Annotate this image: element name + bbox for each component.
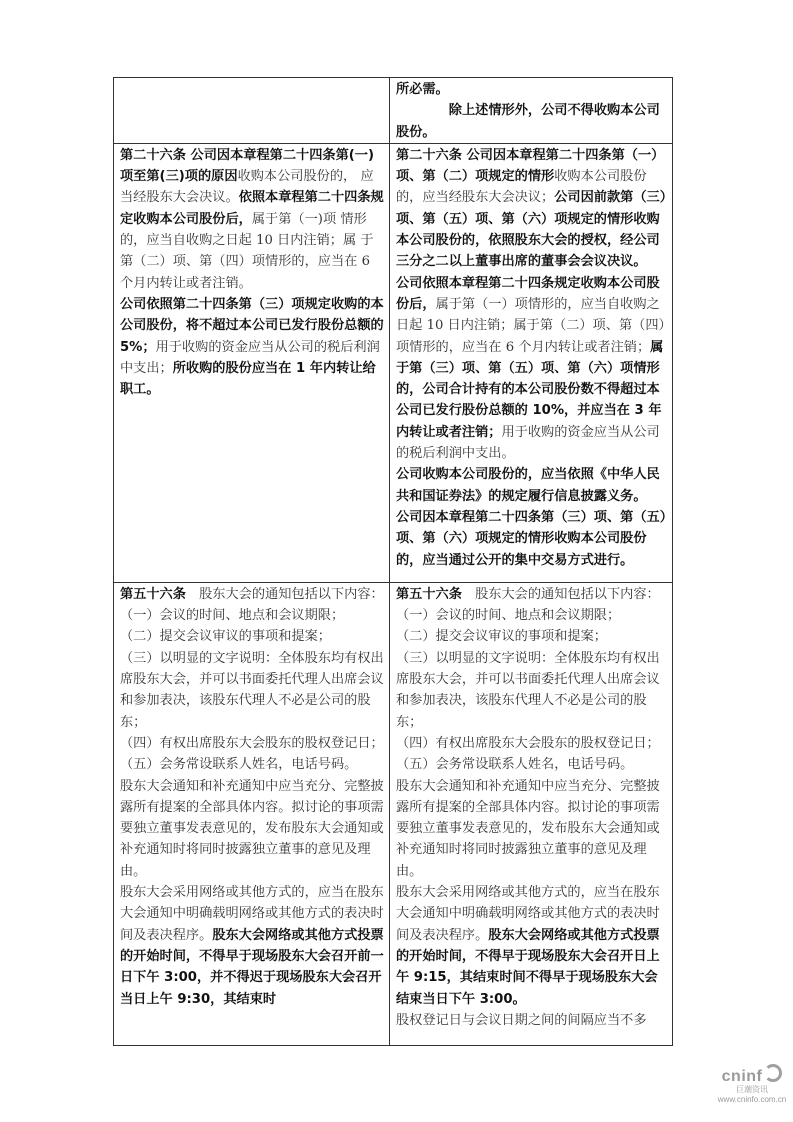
cninfo-watermark: cninf 巨潮资讯 www.cninfo.com.cn <box>712 1064 792 1105</box>
paragraph: （一）会议的时间、地点和会议期限； <box>396 605 667 626</box>
paragraph: （四）有权出席股东大会股东的股权登记日； <box>396 733 667 754</box>
table-row: 第二十六条 公司因本章程第二十四条第(一)项至第(三)项的原因收购本公司股份的，… <box>114 143 673 582</box>
paragraph: （四）有权出席股东大会股东的股权登记日； <box>120 733 384 754</box>
bold-text: 所必需。 <box>396 82 449 97</box>
text: 股东大会通知和补充通知中应当充分、完整披露所有提案的全部具体内容。拟讨论的事项需… <box>396 779 660 879</box>
text: （三）以明显的文字说明：全体股东均有权出席股东大会，并可以书面委托代理人出席会议… <box>120 651 384 730</box>
text: （三）以明显的文字说明：全体股东均有权出席股东大会，并可以书面委托代理人出席会议… <box>396 651 660 730</box>
text: （四）有权出席股东大会股东的股权登记日； <box>396 736 660 751</box>
paragraph: 股东大会通知和补充通知中应当充分、完整披露所有提案的全部具体内容。拟讨论的事项需… <box>396 776 667 882</box>
paragraph: 股东大会采用网络或其他方式的，应当在股东大会通知中明确载明网络或其他方式的表决时… <box>120 882 384 1010</box>
paragraph: 公司依照第二十四条第（三）项规定收购的本公司股份，将不超过本公司已发行股份总额的… <box>120 294 384 400</box>
text: （一）会议的时间、地点和会议期限； <box>120 608 344 623</box>
watermark-url: www.cninfo.com.cn <box>712 1095 792 1105</box>
paragraph: （五）会务常设联系人姓名，电话号码。 <box>396 754 667 775</box>
cell-revised-article-26: 第二十六条 公司因本章程第二十四条第（一）项、第（二）项规定的情形收购本公司股份… <box>390 143 673 582</box>
text: （二）提交会议审议的事项和提案； <box>396 629 607 644</box>
bold-text: 第五十六条 <box>396 587 462 602</box>
cell-revised-article-56: 第五十六条 股东大会的通知包括以下内容：（一）会议的时间、地点和会议期限；（二）… <box>390 582 673 1045</box>
cell-original <box>114 78 390 144</box>
paragraph: 股权登记日与会议日期之间的间隔应当不多 <box>396 1010 667 1031</box>
table-row: 所必需。除上述情形外，公司不得收购本公司股份。 <box>114 78 673 144</box>
paragraph: （二）提交会议审议的事项和提案； <box>120 626 384 647</box>
paragraph: 第五十六条 股东大会的通知包括以下内容： <box>120 584 384 605</box>
watermark-name: 巨潮资讯 <box>712 1085 792 1095</box>
table-row: 第五十六条 股东大会的通知包括以下内容：（一）会议的时间、地点和会议期限；（二）… <box>114 582 673 1045</box>
paragraph: 第二十六条 公司因本章程第二十四条第(一)项至第(三)项的原因收购本公司股份的，… <box>120 145 384 294</box>
paragraph: 除上述情形外，公司不得收购本公司股份。 <box>396 100 667 143</box>
text: （五）会务常设联系人姓名，电话号码。 <box>396 757 633 772</box>
text: （五）会务常设联系人姓名，电话号码。 <box>120 757 357 772</box>
bold-text: 除上述情形外，公司不得收购本公司股份。 <box>396 103 660 139</box>
text: 股东大会通知和补充通知中应当充分、完整披露所有提案的全部具体内容。拟讨论的事项需… <box>120 779 384 879</box>
text: （二）提交会议审议的事项和提案； <box>120 629 331 644</box>
cell-original-article-26: 第二十六条 公司因本章程第二十四条第(一)项至第(三)项的原因收购本公司股份的，… <box>114 143 390 582</box>
text: 属于第（一）项情形的，应当自收购之日起 10 日内注销；属于第（二）项、第（四）… <box>396 297 665 355</box>
cninfo-swirl-icon <box>764 1064 782 1082</box>
comparison-table: 所必需。除上述情形外，公司不得收购本公司股份。 第二十六条 公司因本章程第二十四… <box>113 77 673 1046</box>
paragraph: 公司因本章程第二十四条第（三）项、第（五）项、第（六）项规定的情形收购本公司股份… <box>396 507 667 571</box>
paragraph: 第五十六条 股东大会的通知包括以下内容： <box>396 584 667 605</box>
paragraph: （五）会务常设联系人姓名，电话号码。 <box>120 754 384 775</box>
bold-text: 公司收购本公司股份的，应当依照《中华人民共和国证券法》的规定履行信息披露义务。 <box>396 467 660 503</box>
paragraph: 第二十六条 公司因本章程第二十四条第（一）项、第（二）项规定的情形收购本公司股份… <box>396 145 667 273</box>
cninfo-logo: cninf <box>712 1064 792 1085</box>
text: 股东大会的通知包括以下内容： <box>462 587 660 602</box>
bold-text: 第五十六条 <box>120 587 186 602</box>
paragraph: （三）以明显的文字说明：全体股东均有权出席股东大会，并可以书面委托代理人出席会议… <box>396 648 667 733</box>
text: （一）会议的时间、地点和会议期限； <box>396 608 620 623</box>
paragraph: 公司收购本公司股份的，应当依照《中华人民共和国证券法》的规定履行信息披露义务。 <box>396 464 667 507</box>
paragraph: 所必需。 <box>396 79 667 100</box>
text: 股权登记日与会议日期之间的间隔应当不多 <box>396 1013 647 1028</box>
bold-text: 公司因本章程第二十四条第（三）项、第（五）项、第（六）项规定的情形收购本公司股份… <box>396 510 666 568</box>
cell-original-article-56: 第五十六条 股东大会的通知包括以下内容：（一）会议的时间、地点和会议期限；（二）… <box>114 582 390 1045</box>
paragraph: （三）以明显的文字说明：全体股东均有权出席股东大会，并可以书面委托代理人出席会议… <box>120 648 384 733</box>
paragraph: 公司依照本章程第二十四条规定收购本公司股份后，属于第（一）项情形的，应当自收购之… <box>396 273 667 465</box>
cell-revised: 所必需。除上述情形外，公司不得收购本公司股份。 <box>390 78 673 144</box>
paragraph: （二）提交会议审议的事项和提案； <box>396 626 667 647</box>
text: 股东大会的通知包括以下内容： <box>186 587 384 602</box>
paragraph: 股东大会通知和补充通知中应当充分、完整披露所有提案的全部具体内容。拟讨论的事项需… <box>120 776 384 882</box>
paragraph: （一）会议的时间、地点和会议期限； <box>120 605 384 626</box>
paragraph: 股东大会采用网络或其他方式的，应当在股东大会通知中明确载明网络或其他方式的表决时… <box>396 882 667 1010</box>
text: （四）有权出席股东大会股东的股权登记日； <box>120 736 384 751</box>
